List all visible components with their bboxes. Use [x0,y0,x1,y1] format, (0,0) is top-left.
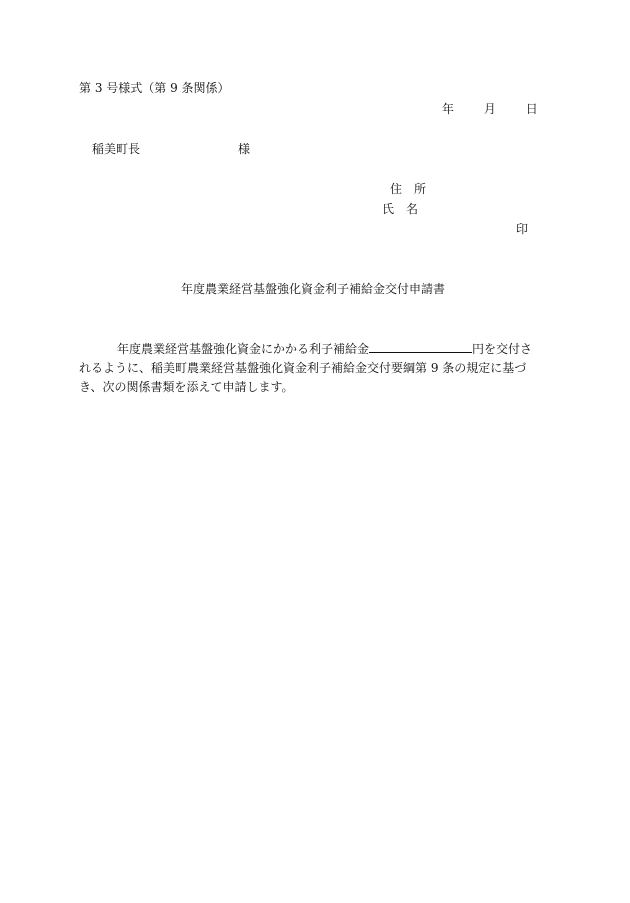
address-label-char-2: 所 [414,182,426,196]
amount-blank-field[interactable] [369,340,472,353]
date-day-label: 日 [526,101,538,117]
body-line-3: き、次の関係書類を添えて申請します。 [79,378,555,397]
body-line-1-before: 年度農業経営基盤強化資金にかかる利子補給金 [117,342,369,356]
body-line-1-after: 円を交付さ [472,342,532,356]
form-number: 第 3 号様式（第 9 条関係） [79,80,230,96]
applicant-name-label: 氏名 [382,201,418,217]
address-label-char-1: 住 [390,182,402,196]
seal-mark: 印 [516,221,528,237]
body-line-2: れるように、稲美町農業経営基盤強化資金利子補給金交付要綱第 9 条の規定に基づ [79,359,555,378]
addressee-honorific: 様 [238,141,250,157]
application-body-text: 年度農業経営基盤強化資金にかかる利子補給金円を交付さ れるように、稲美町農業経営… [79,340,555,397]
date-month-label: 月 [484,101,496,117]
date-year-label: 年 [442,101,454,117]
document-title: 年度農業経営基盤強化資金利子補給金交付申請書 [181,281,445,297]
name-label-char-1: 氏 [382,202,394,216]
addressee-name: 稲美町長 [92,141,140,157]
application-form-page: 第 3 号様式（第 9 条関係） 年 月 日 稲美町長 様 住所 氏名 印 年度… [0,0,630,903]
name-label-char-2: 名 [406,202,418,216]
body-line-1: 年度農業経営基盤強化資金にかかる利子補給金円を交付さ [79,340,555,359]
date-field: 年 月 日 [442,101,538,117]
applicant-address-label: 住所 [390,181,426,197]
